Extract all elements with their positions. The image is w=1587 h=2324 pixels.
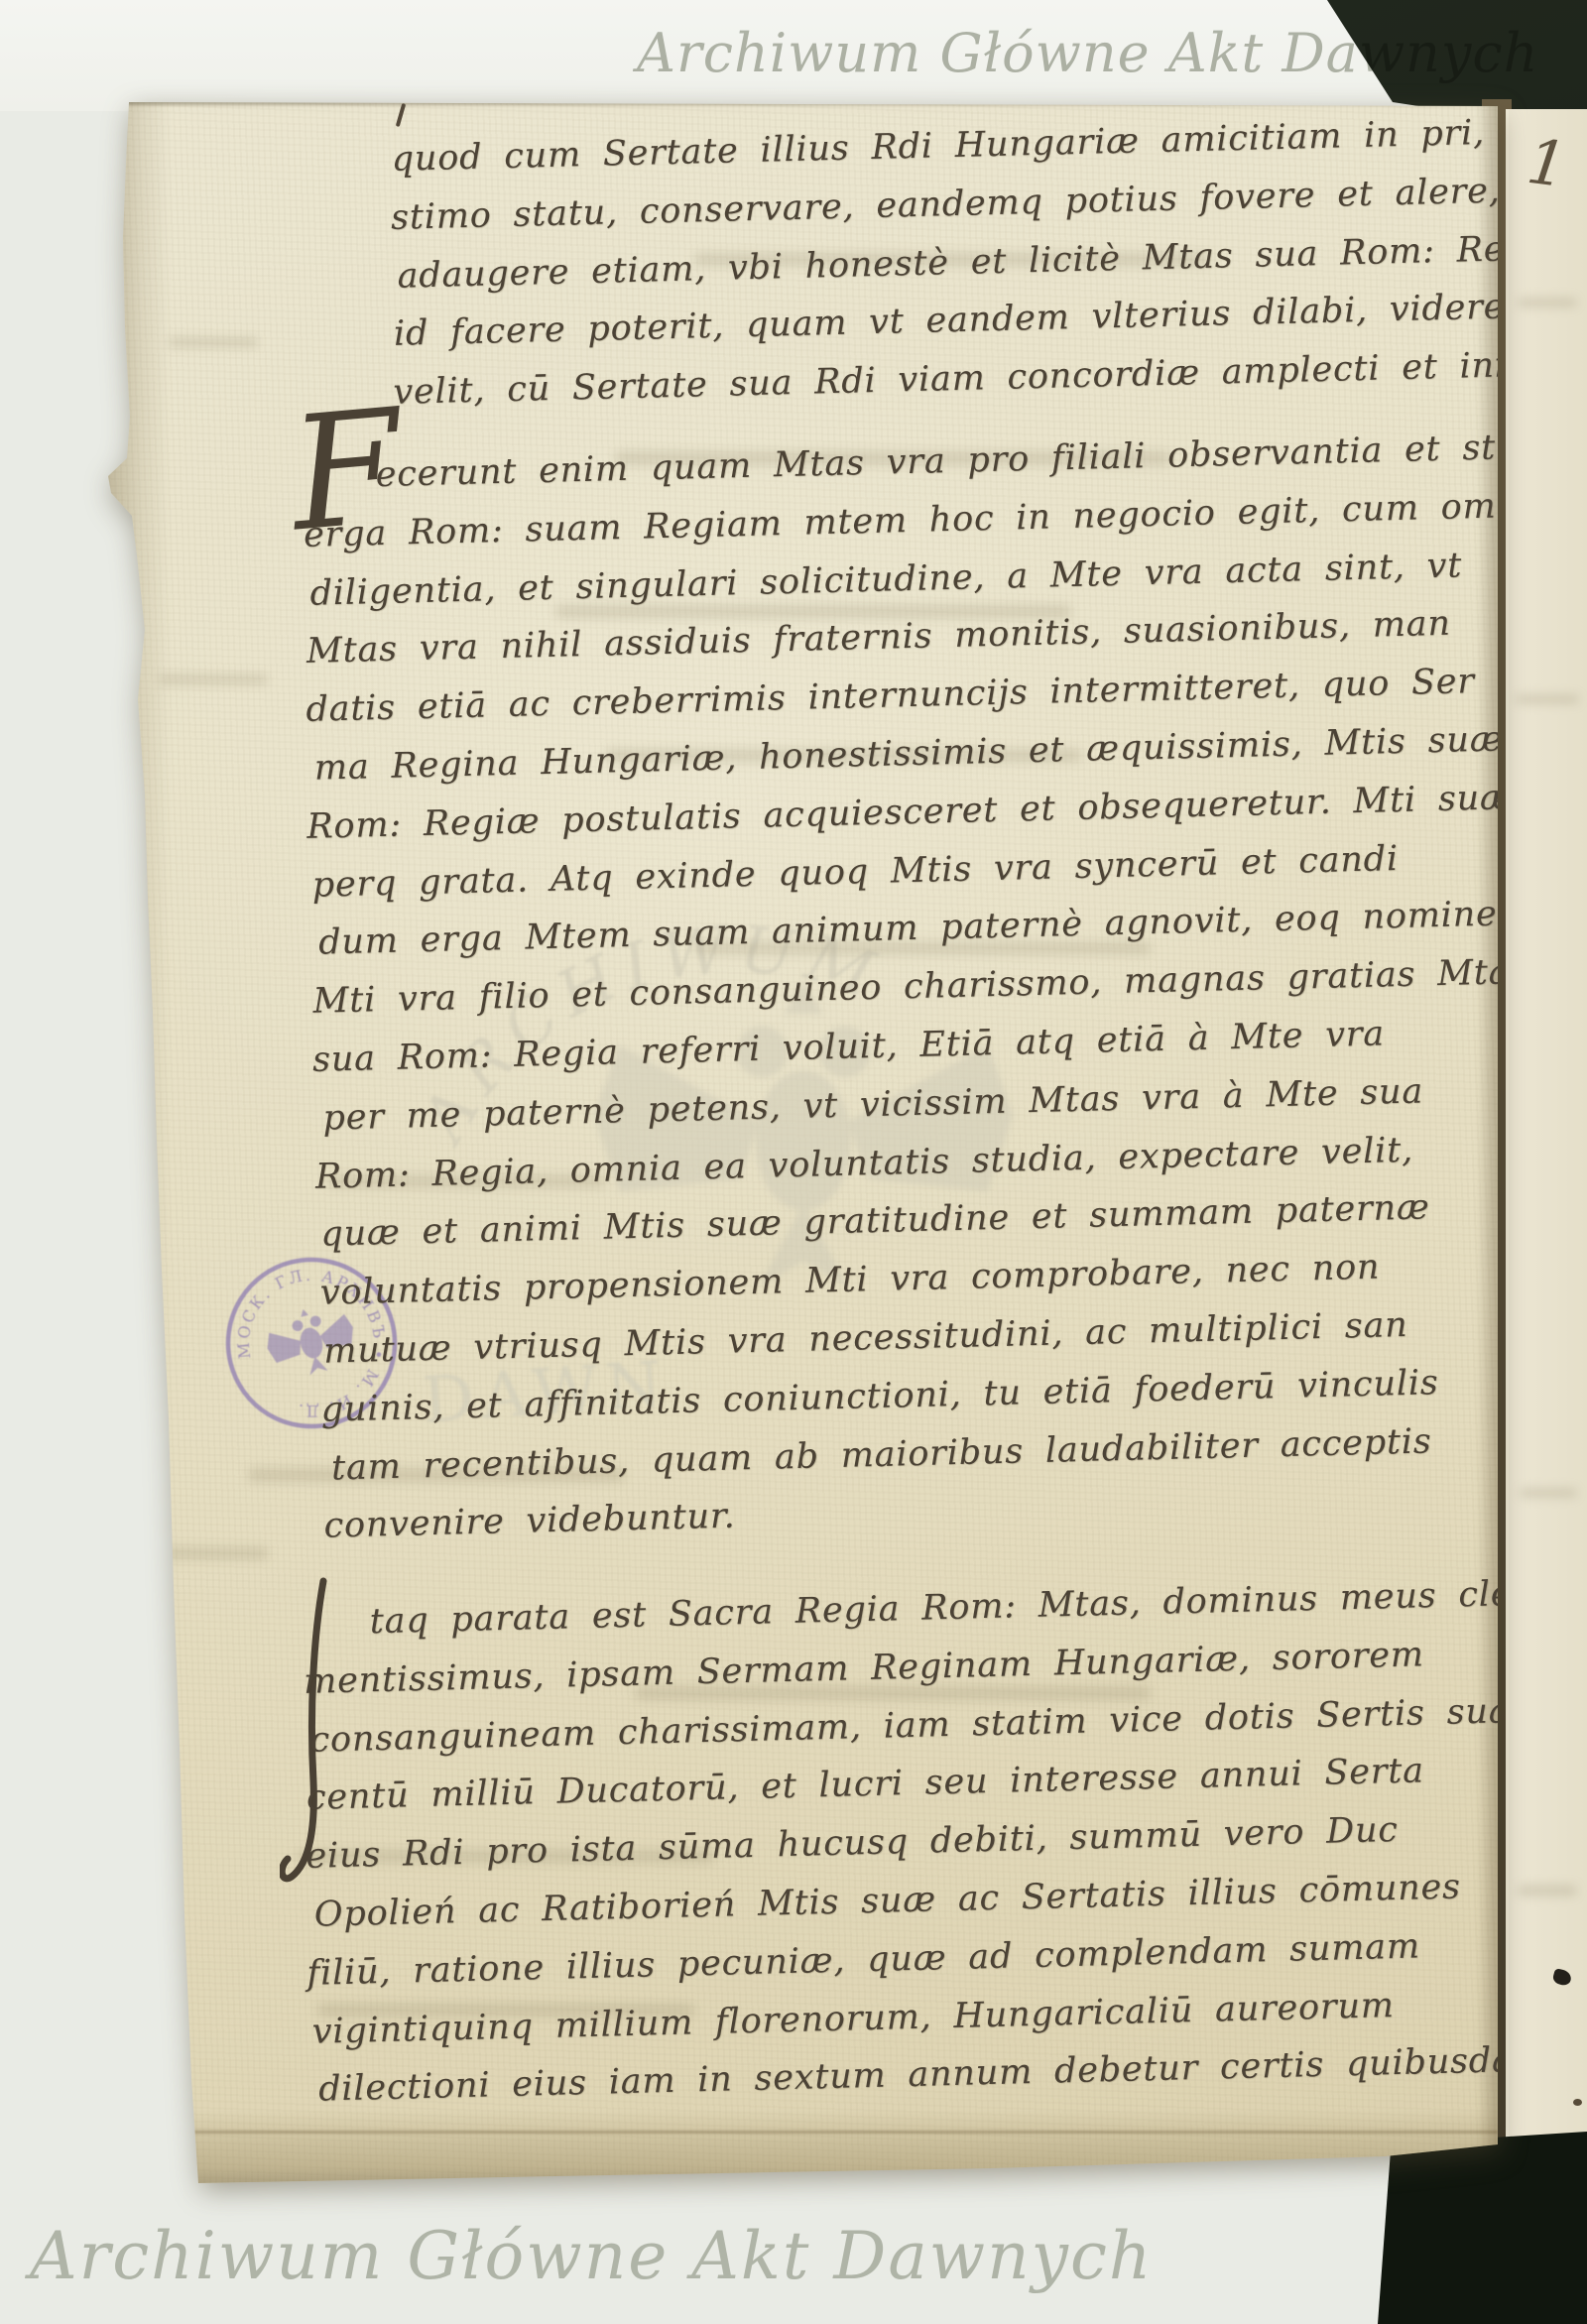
archive-watermark-bottom: Archiwum Główne Akt Dawnych xyxy=(30,2218,1153,2294)
archive-watermark-top: Archiwum Główne Akt Dawnych xyxy=(637,22,1538,84)
verso-text-showthrough xyxy=(149,1547,268,1559)
manuscript-page-shadow: ARCHIWUM DAWN МОСК. ГЛ. АРХИВЪ • М. И. Д… xyxy=(0,0,1587,2324)
bottom-fold-crease xyxy=(131,2131,1498,2134)
manuscript-paragraph-1: quod cum Sertate illius Rdi Hungariæ ami… xyxy=(385,100,1587,423)
manuscript-paragraph-2: ecerunt enim quam Mtas vra pro filiali o… xyxy=(298,418,1587,1556)
verso-text-showthrough xyxy=(169,337,258,347)
verso-text-showthrough xyxy=(159,674,268,684)
archive-scan: 1 ARC xyxy=(0,0,1587,2324)
manuscript-page: ARCHIWUM DAWN МОСК. ГЛ. АРХИВЪ • М. И. Д… xyxy=(0,0,1587,2324)
bottom-fold-shading xyxy=(129,2109,1500,2186)
manuscript-paragraph-3: taq parata est Sacra Regia Rom: Mtas, do… xyxy=(298,1564,1580,2120)
